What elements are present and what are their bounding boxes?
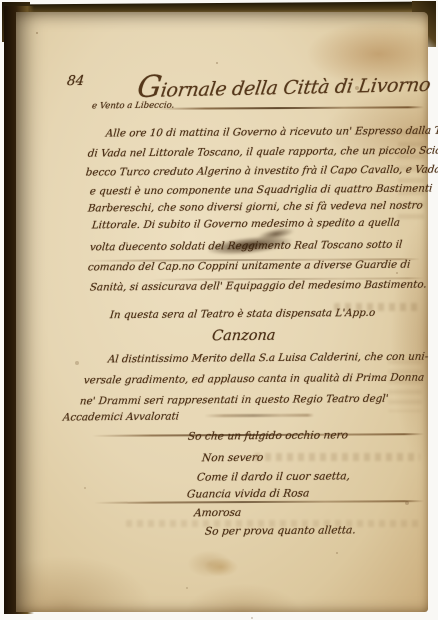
foxing-specks (36, 32, 38, 34)
ruled-line (158, 106, 424, 109)
weather-note: e Vento a Libeccio. (91, 101, 174, 112)
canzona-heading: Canzona (211, 328, 276, 345)
poem-line: Come il dardo il cuor saetta, (196, 470, 350, 483)
show-through-text (254, 453, 420, 461)
poem-line: Guancia vivida di Rosa (186, 487, 310, 500)
entry3-line: Accademici Avvalorati (62, 410, 179, 423)
show-through-text (126, 520, 422, 527)
poem-line: Amorosa (193, 507, 241, 519)
entry1-line: di Vada nel Littorale Toscano, il quale … (87, 144, 438, 159)
entry1-line: Littorale. Di subito il Governo medesimo… (91, 217, 400, 232)
entry3-line: versale gradimento, ed applauso canta in… (83, 372, 425, 387)
page-number: 84 (66, 73, 85, 89)
poem-line: So che un fulgido occhio nero (187, 429, 348, 442)
journal-title: Giornale della Città di Livorno (135, 64, 433, 105)
entry3-line: ne' Drammi seri rappresentati in questo … (79, 393, 389, 408)
entry1-line: becco Turco creduto Algerino à investito… (85, 163, 438, 178)
entry1-line: Barbereschi, che sono diversi giorni, ch… (87, 200, 423, 215)
show-through-text (388, 360, 422, 412)
entry3-line: Al distintissimo Merito della S.a Luisa … (107, 351, 429, 366)
entry1-line: Sanità, si assicurava dell' Equipaggio d… (89, 279, 427, 294)
ruled-line (204, 414, 314, 418)
entry1-line: e questi è uno componente una Squadrigli… (89, 183, 433, 198)
show-through-text (398, 130, 424, 222)
ruled-line (94, 500, 424, 504)
entry1-line: Alle ore 10 di mattina il Governo à rice… (105, 124, 438, 139)
page-stain (198, 554, 244, 580)
manuscript-page: 84 Giornale della Città di Livorno e Ven… (16, 12, 428, 612)
show-through-text (334, 303, 422, 311)
manuscript-photo: 84 Giornale della Città di Livorno e Ven… (0, 0, 438, 620)
